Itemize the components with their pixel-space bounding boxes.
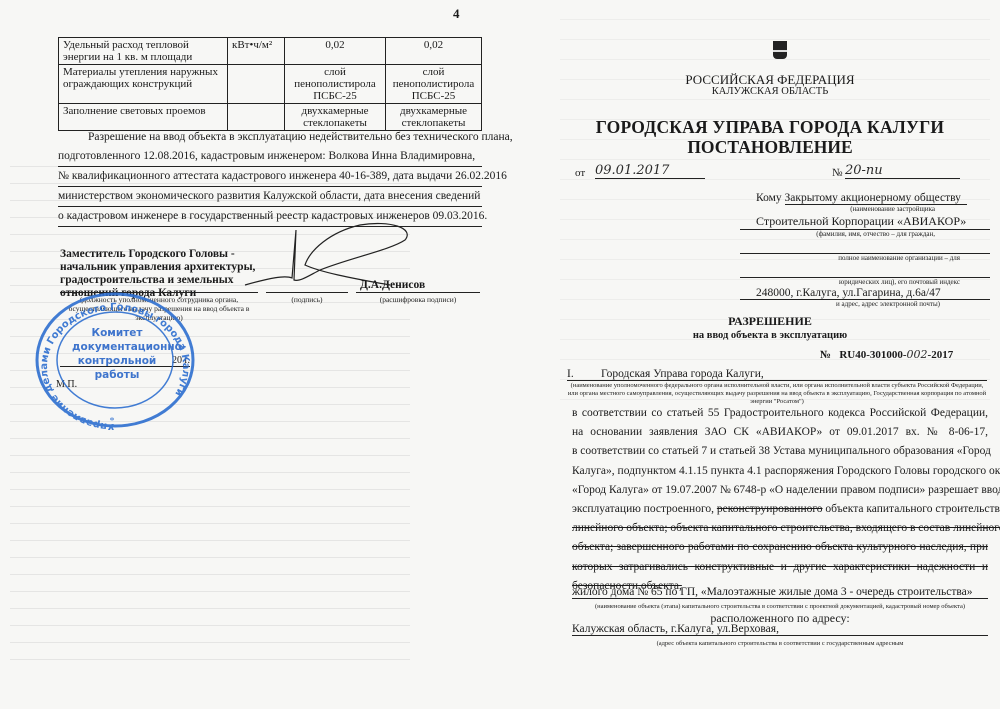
section-authority: Городская Управа города Калуги,: [601, 368, 764, 380]
cell-actual: 0,02: [386, 38, 482, 65]
body-line: на основании заявления ЗАО СК «АВИАКОР» …: [572, 423, 988, 442]
stamp-line: Комитет: [72, 326, 162, 340]
body-line: эксплуатацию построенного, реконструиров…: [572, 500, 988, 519]
permit-number: № RU40-301000-002-2017: [820, 348, 953, 361]
body-line: в соответствии со статьей 7 и статьей 38…: [572, 442, 988, 461]
address-caption: (адрес объекта капитального строительств…: [560, 640, 1000, 647]
cell-name: Заполнение световых проемов: [59, 104, 228, 131]
addressee-prefix: Кому: [756, 192, 782, 204]
object-address: Калужская область, г.Калуга, ул.Верховая…: [572, 623, 988, 636]
body-line: в соответствии со статьей 55 Градостроит…: [572, 404, 988, 423]
table-row: Материалы утепления наружных ограждающих…: [59, 65, 482, 104]
permit-body: в соответствии со статьей 55 Градостроит…: [572, 404, 988, 596]
section-numeral: I.: [567, 368, 574, 380]
permit-number-handwritten: 002: [907, 348, 928, 361]
doc-type-heading: ПОСТАНОВЛЕНИЕ: [560, 137, 980, 158]
note-line: министерством экономического развития Ка…: [58, 187, 482, 207]
note-line: № квалификационного аттестата кадастрово…: [58, 167, 482, 187]
official-stamp: Управление делами Городского Головы горо…: [32, 290, 198, 430]
body-fragment: эксплуатацию построенного,: [572, 503, 714, 515]
addressee-block: Кому Закрытому акционерному обществу (на…: [740, 192, 990, 309]
table-row: Заполнение световых проемов двухкамерные…: [59, 104, 482, 131]
coat-of-arms-icon: [773, 41, 787, 59]
object-name: жилого дома № 65 по ГП, «Малоэтажные жил…: [572, 586, 988, 599]
blank-line: [740, 263, 990, 278]
struck-line: объекта; завершенного работами по сохран…: [572, 538, 988, 557]
cell-design: 0,02: [285, 38, 386, 65]
technical-plan-note: Разрешение на ввод объекта в эксплуатаци…: [58, 128, 482, 227]
blank-line: [740, 239, 990, 254]
permit-number-prefix: RU40-301000-: [839, 349, 906, 361]
authority-heading: ГОРОДСКАЯ УПРАВА ГОРОДА КАЛУГИ: [560, 117, 980, 138]
svg-text:*: *: [110, 416, 115, 427]
note-line: Разрешение на ввод объекта в эксплуатаци…: [58, 128, 482, 147]
note-line: подготовленного 12.08.2016, кадастровым …: [58, 147, 482, 167]
cell-design: двухкамерные стеклопакеты: [285, 104, 386, 131]
permit-number-suffix: -2017: [928, 349, 954, 361]
decree-number: 20-пи: [845, 163, 960, 179]
stamp-center-text: Комитет документационно- контрольной раб…: [72, 326, 162, 382]
handwritten-signature: [240, 220, 420, 300]
cell-name: Материалы утепления наружных ограждающих…: [59, 65, 228, 104]
from-label: от: [575, 167, 585, 179]
addressee-caption: и адрес, адрес электронной почты): [740, 300, 990, 309]
page-number: 4: [453, 6, 460, 22]
cell-unit: [228, 65, 285, 104]
object-caption: (наименование объекта (этапа) капитально…: [560, 603, 1000, 610]
section-caption: (наименование уполномоченного федерально…: [567, 382, 987, 406]
permit-subtitle: на ввод объекта в эксплуатацию: [560, 330, 980, 341]
cell-actual: слой пенополистирола ПСБС-25: [386, 65, 482, 104]
cell-actual: двухкамерные стеклопакеты: [386, 104, 482, 131]
addressee-line1: Закрытому акционерному обществу: [785, 192, 967, 205]
region-heading: КАЛУЖСКАЯ ОБЛАСТЬ: [560, 86, 980, 97]
addressee-caption: (наименование застройщика: [740, 205, 990, 214]
addressee-caption: (фамилия, имя, отчество – для граждан,: [740, 230, 990, 239]
addressee-caption: юридических лиц), его почтовый индекс: [740, 278, 990, 287]
addressee-caption: полное наименование организации – для: [740, 254, 990, 263]
addressee-line2: Строительной Корпорации «АВИАКОР»: [740, 214, 990, 230]
body-fragment: объекта капитального строительства;: [825, 503, 1000, 515]
permit-number-label: №: [820, 349, 831, 361]
addressee-address: 248000, г.Калуга, ул.Гагарина, д.6а/47: [740, 287, 990, 300]
stamp-line: работы: [72, 368, 162, 382]
cell-name: Удельный расход тепловой энергии на 1 кв…: [59, 38, 228, 65]
stamp-line: документационно-: [72, 340, 162, 354]
struck-line: линейного объекта; объекта капитального …: [572, 519, 988, 538]
stamp-line: контрольной: [72, 354, 162, 368]
cell-unit: [228, 104, 285, 131]
table-row: Удельный расход тепловой энергии на 1 кв…: [59, 38, 482, 65]
struck-fragment: реконструированного: [717, 503, 823, 515]
cell-unit: кВт•ч/м²: [228, 38, 285, 65]
cell-design: слой пенополистирола ПСБС-25: [285, 65, 386, 104]
body-line: Калуга», подпунктом 4.1.15 пункта 4.1 ра…: [572, 462, 988, 481]
number-label: №: [832, 167, 843, 179]
decree-date: 09.01.2017: [595, 163, 705, 179]
struck-line: которых затрагивались конструктивные и д…: [572, 558, 988, 577]
permit-title: РАЗРЕШЕНИЕ: [560, 314, 980, 329]
body-line: «Город Калуга» от 19.07.2007 № 6748-р «О…: [572, 481, 988, 500]
decree-row: от 09.01.2017 № 20-пи: [575, 167, 1000, 187]
spec-table: Удельный расход тепловой энергии на 1 кв…: [58, 37, 482, 131]
section-underline: [567, 380, 987, 381]
